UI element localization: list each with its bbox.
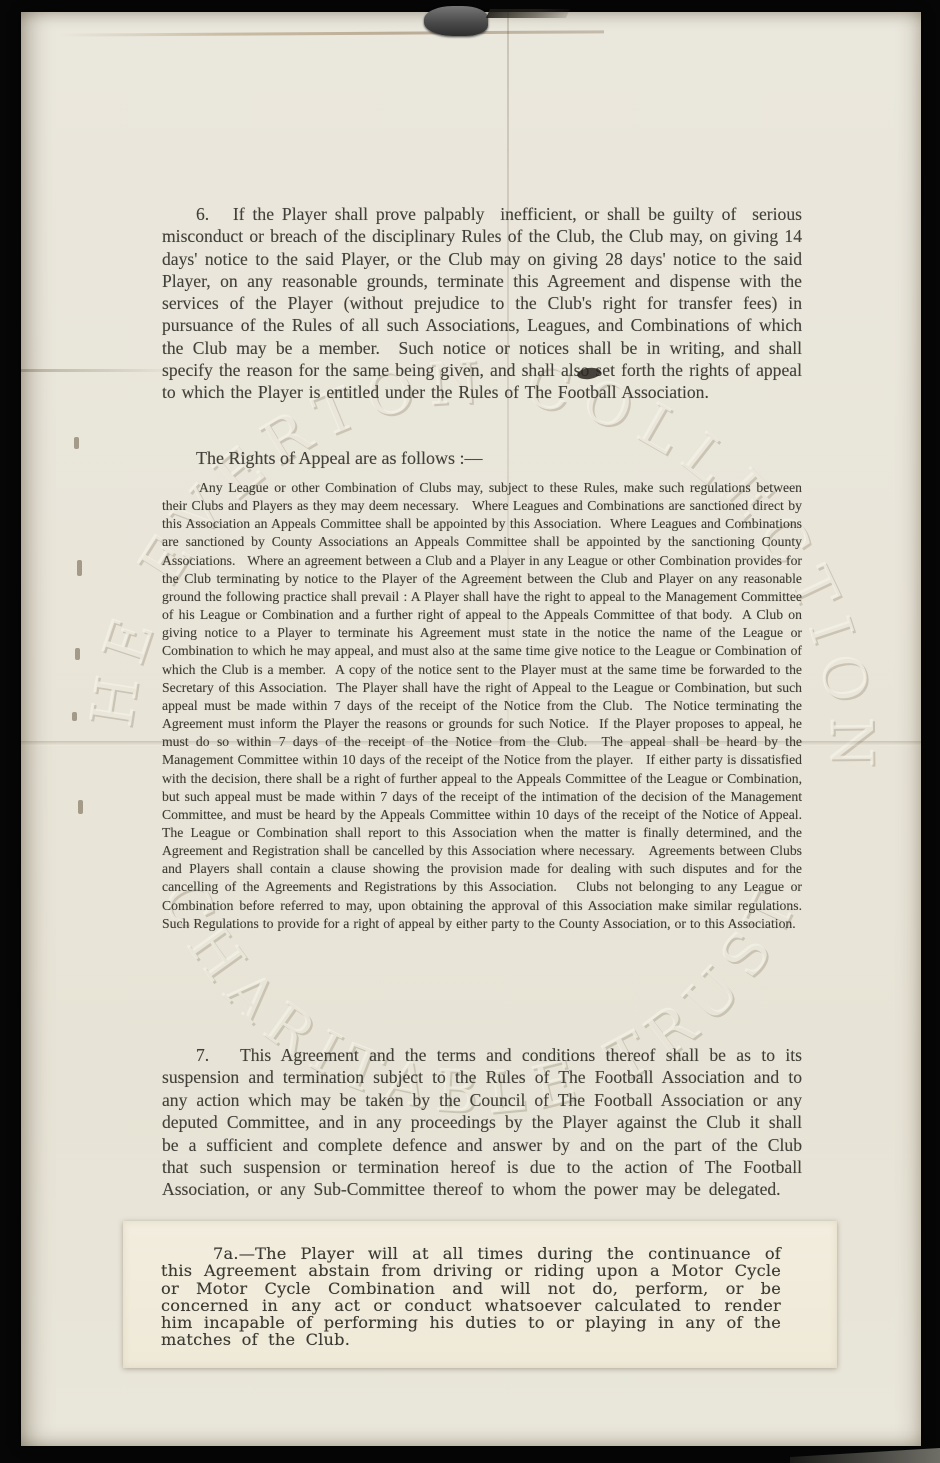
tape-mark xyxy=(486,9,570,18)
left-fold-crease xyxy=(21,369,181,372)
torn-edge-mark xyxy=(74,437,79,449)
paper-clip xyxy=(424,6,488,36)
rights-of-appeal-heading: The Rights of Appeal are as follows :— xyxy=(162,448,802,469)
appeal-rules-paragraph: Any League or other Combination of Clubs… xyxy=(162,479,802,933)
scan-surface-sliver xyxy=(790,1448,940,1463)
top-edge-stain xyxy=(59,30,604,36)
torn-edge-mark xyxy=(72,712,77,721)
clause-7-paragraph: 7. This Agreement and the terms and cond… xyxy=(162,1044,802,1201)
clause-6-paragraph: 6. If the Player shall prove palpably in… xyxy=(162,203,802,404)
pasted-slip-clause-7a: 7a.—The Player will at all times during … xyxy=(123,1221,837,1368)
torn-edge-mark xyxy=(78,800,83,814)
clause-7a-paragraph: 7a.—The Player will at all times during … xyxy=(161,1245,781,1349)
document-page: THE EVERTON COLLECTION THE EVERTON COLLE… xyxy=(21,12,921,1446)
photo-background: THE EVERTON COLLECTION THE EVERTON COLLE… xyxy=(0,0,940,1463)
torn-edge-mark xyxy=(75,648,80,660)
torn-edge-mark xyxy=(77,560,82,576)
